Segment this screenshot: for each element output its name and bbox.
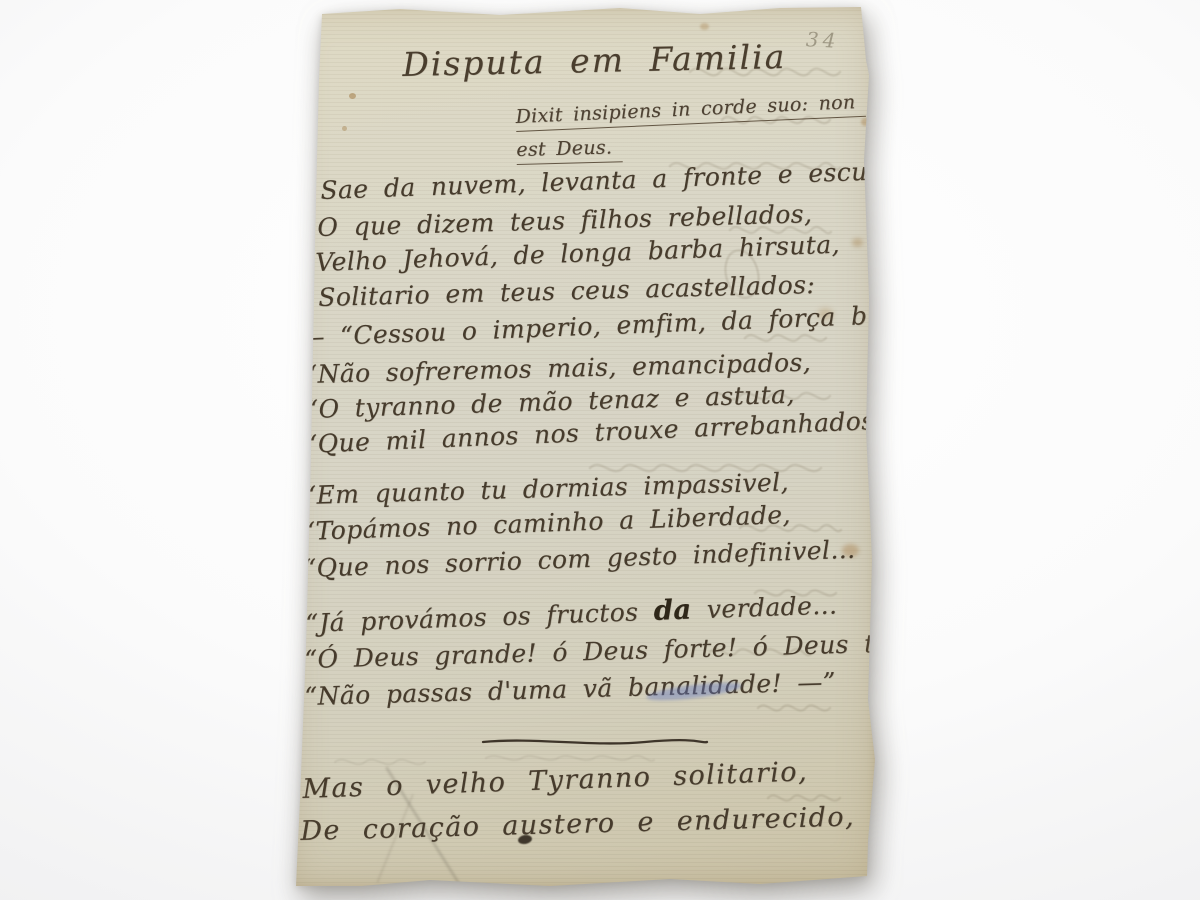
handwritten-text-layer: Disputa em Familia Dixit insipiens in co…: [290, 6, 875, 886]
epigraph-line: est Deus.: [516, 132, 622, 160]
poem-line-part-emphasis: da: [653, 594, 692, 627]
poem-line: “Que nos sorrio com gesto indefinivel...: [303, 537, 856, 581]
section-divider-line: [480, 735, 710, 749]
poem-line: “Não passas d'uma vã banalidade! —”: [304, 669, 836, 709]
poem-line-part: “Já provámos os fructos: [305, 597, 654, 638]
poem-line: Sae da nuvem, levanta a fronte e escuta: [320, 158, 894, 203]
poem-title: Disputa em Familia: [402, 40, 787, 81]
poem-line: “Ó Deus grande! ó Deus forte! ó Deus ter…: [304, 628, 972, 672]
epigraph-text: Dixit insipiens in corde suo: non: [515, 91, 866, 132]
epigraph-line: Dixit insipiens in corde suo: non: [515, 87, 866, 127]
poem-line: De coração austero e endurecido,: [300, 803, 855, 845]
poem-line-part: verdade...: [691, 590, 838, 624]
poem-line: “Já provámos os fructos da verdade...: [305, 591, 838, 637]
poem-line: Mas o velho Tyranno solitario,: [302, 758, 808, 803]
epigraph-text: est Deus.: [516, 136, 623, 165]
manuscript-paper-shadow: 34 Disputa em Familia Dixit insipiens in…: [290, 6, 875, 886]
poem-line: “Topámos no caminho a Liberdade,: [302, 502, 791, 544]
poem-line: Solitario em teus ceus acastellados:: [318, 272, 815, 310]
manuscript-paper: 34 Disputa em Familia Dixit insipiens in…: [290, 6, 875, 886]
photo-backdrop: 34 Disputa em Familia Dixit insipiens in…: [0, 0, 1200, 900]
